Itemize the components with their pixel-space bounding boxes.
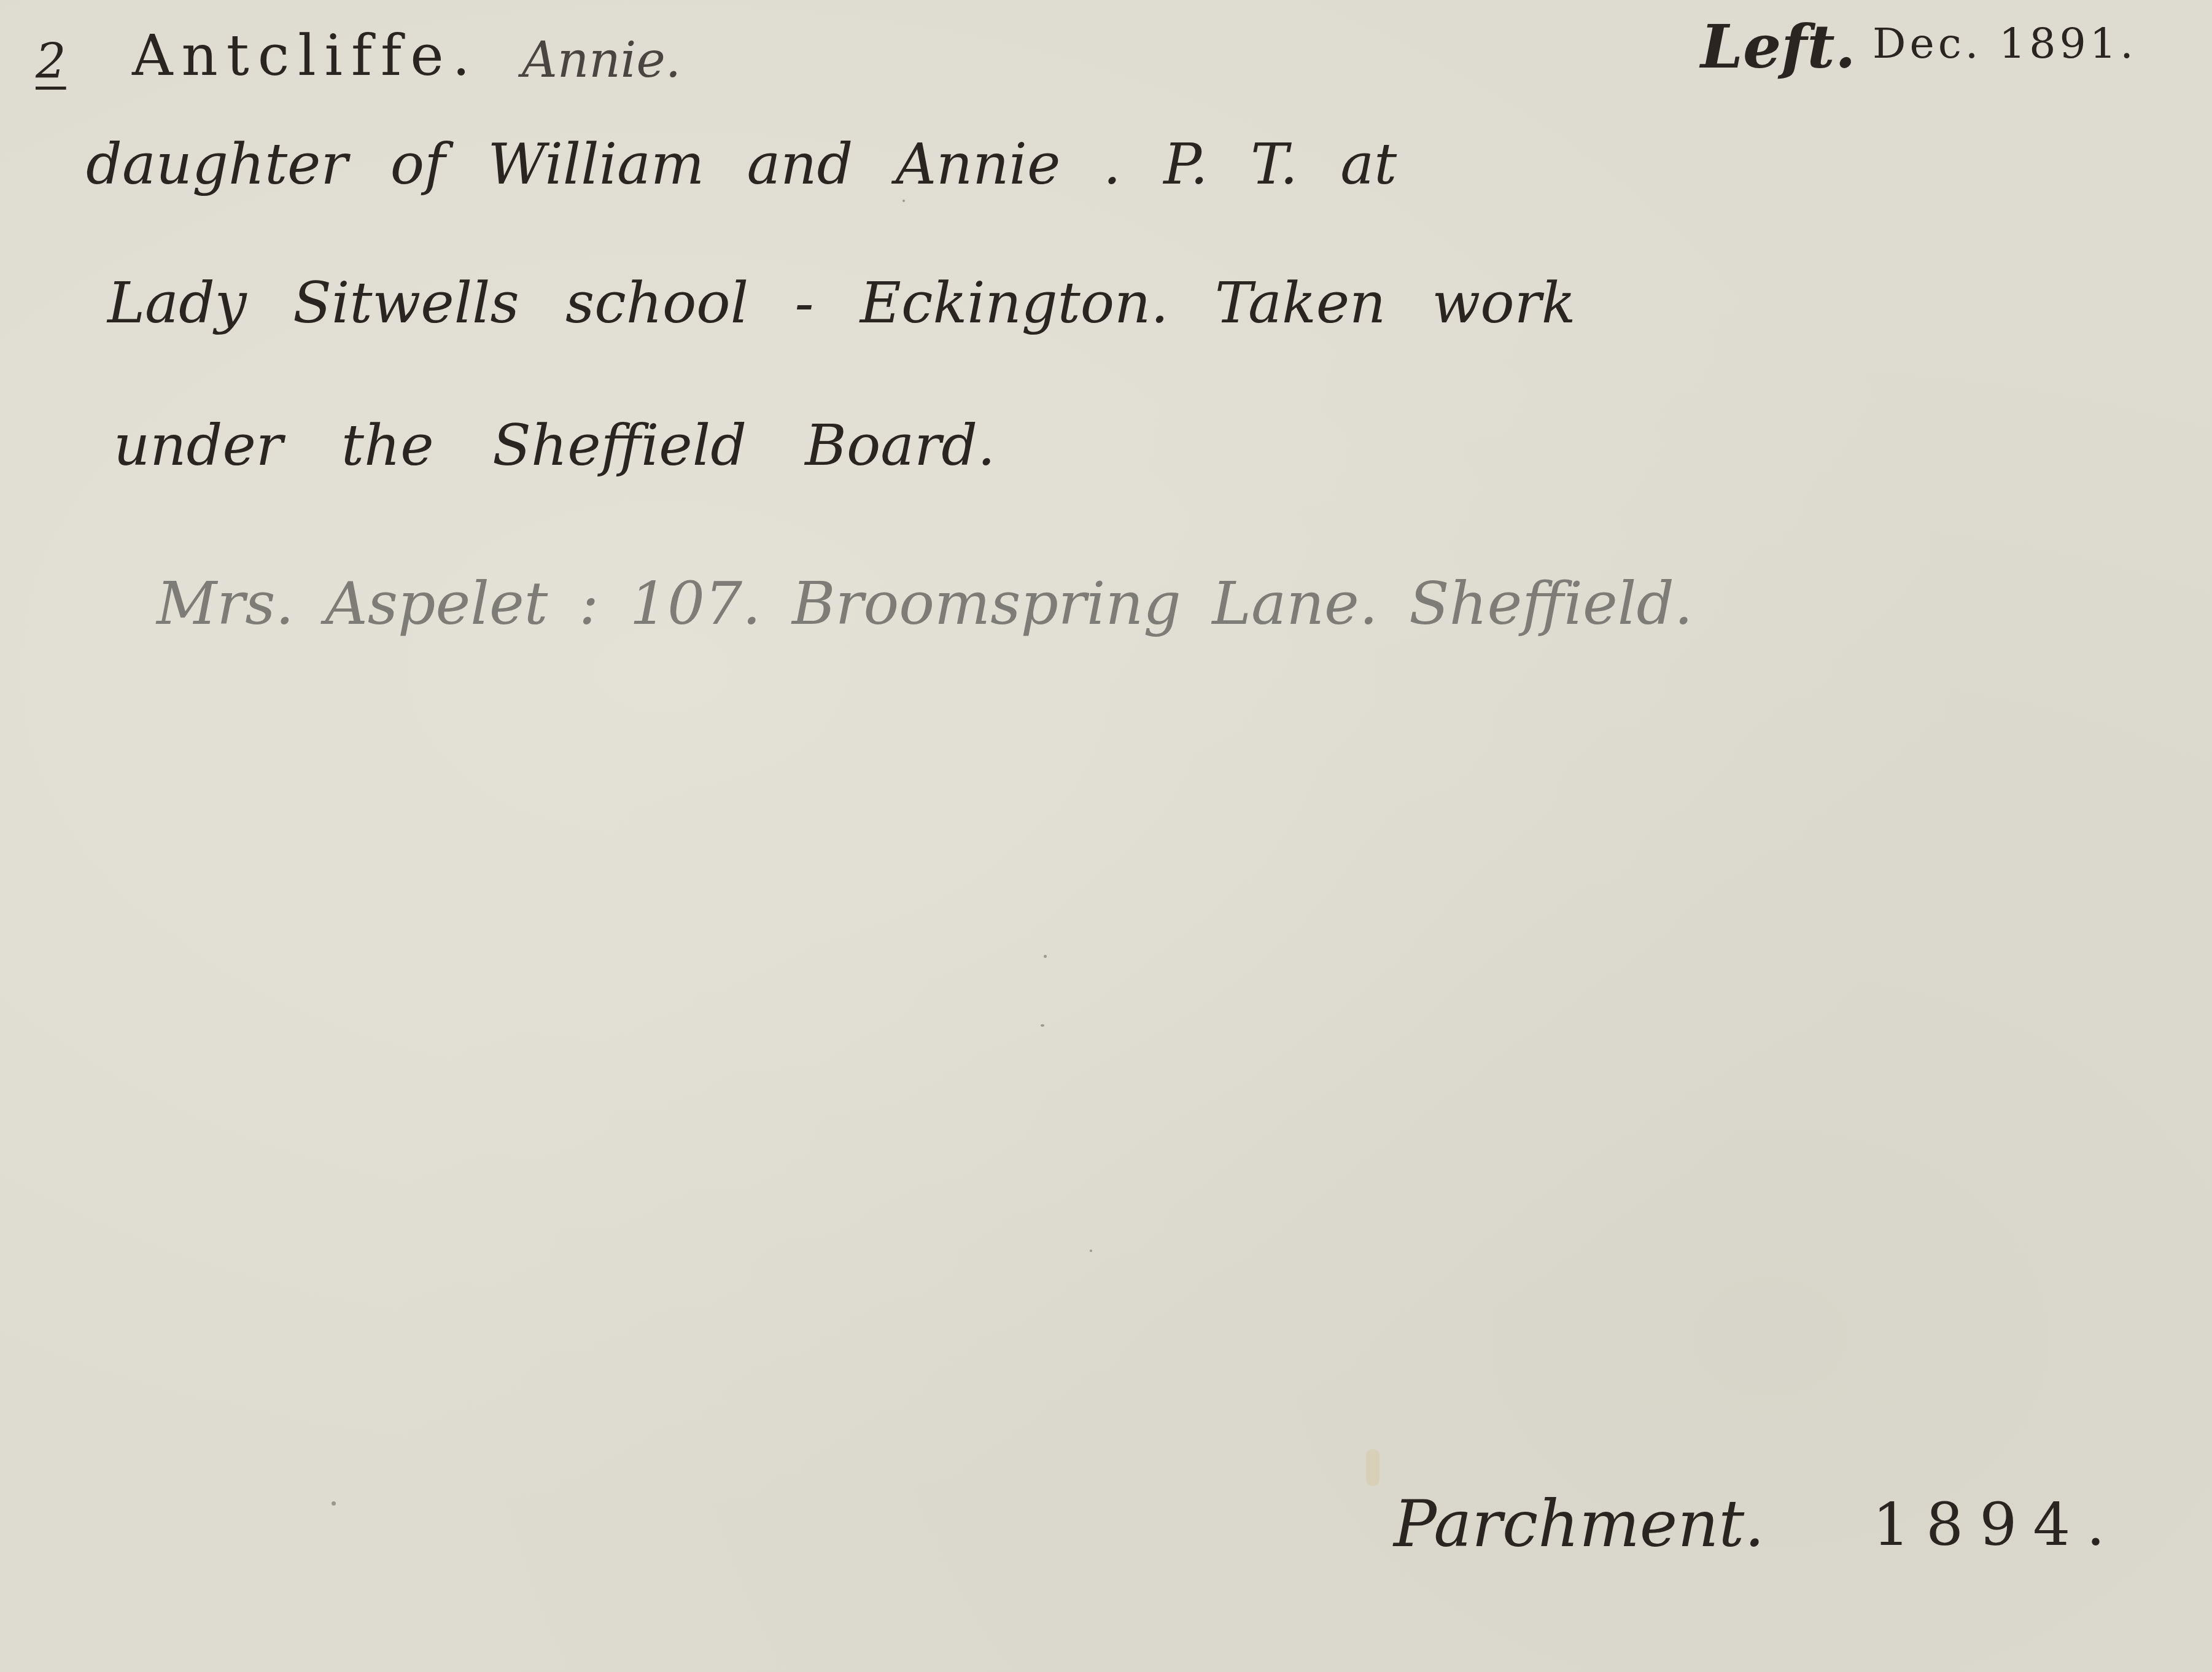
forename: Annie. bbox=[522, 36, 681, 85]
paper-speck bbox=[1044, 955, 1047, 958]
body-line-1: daughter of William and Annie . P. T. at bbox=[86, 136, 1397, 193]
document-page: 2 Antcliffe. Annie. Left. Dec. 1891. dau… bbox=[0, 0, 2212, 1672]
paper-speck bbox=[902, 200, 905, 202]
body-line-3: under the Sheffield Board. bbox=[114, 418, 995, 474]
surname: Antcliffe. bbox=[132, 28, 479, 84]
parchment-label: Parchment. bbox=[1394, 1492, 1764, 1556]
pencil-address-annotation: Mrs. Aspelet : 107. Broomspring Lane. Sh… bbox=[157, 574, 1693, 633]
entry-number: 2 bbox=[36, 38, 66, 86]
paper-stain bbox=[1366, 1449, 1380, 1486]
paper-speck bbox=[1041, 1024, 1044, 1027]
paper-speck bbox=[332, 1501, 336, 1506]
left-date: Dec. 1891. bbox=[1872, 23, 2137, 65]
left-label: Left. bbox=[1701, 17, 1856, 77]
paper-speck bbox=[1090, 1250, 1092, 1252]
body-line-2: Lady Sitwells school - Eckington. Taken … bbox=[107, 275, 1575, 332]
parchment-year: 1894. bbox=[1872, 1495, 2121, 1554]
